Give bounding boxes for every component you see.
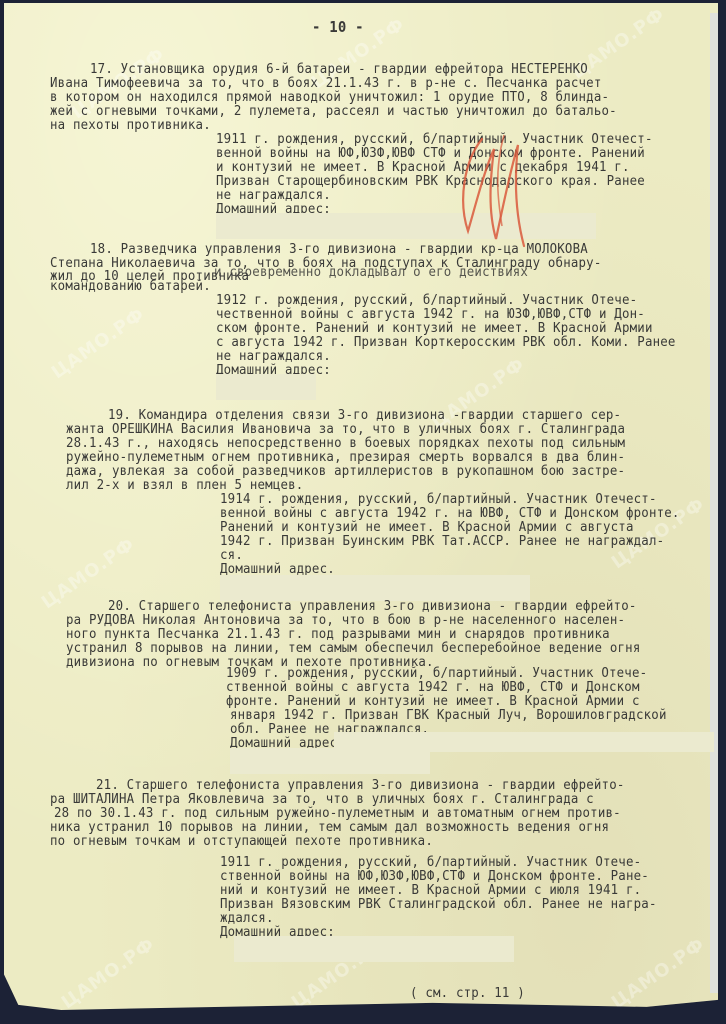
page-edge-strip	[710, 13, 718, 993]
redacted-address	[230, 748, 430, 774]
watermark: ЦАМО.РФ	[48, 304, 149, 384]
award-line: командованию батарей.	[50, 279, 211, 294]
page-number: - 10 -	[312, 21, 364, 36]
watermark: ЦАМО.РФ	[58, 934, 159, 1014]
redacted-address	[216, 213, 596, 239]
award-line: на пехоты противника.	[50, 118, 211, 133]
overtype-line: и своевременно докладывал о его действия…	[214, 265, 528, 280]
award-line: по огневым точкам и отступающей пехоте п…	[50, 834, 433, 849]
watermark: ЦАМО.РФ	[608, 934, 709, 1014]
continued-note: ( см. стр. 11 )	[410, 986, 525, 1001]
bio-line: Призван Вязовским РВК Сталинградской обл…	[220, 897, 657, 912]
document-page: ЦАМО.РФ ЦАМО.РФ ЦАМО.РФ ЦАМО.РФ ЦАМО.РФ …	[4, 3, 718, 1015]
bio-line: 1942 г. Призван Буинским РВК Тат.АССР. Р…	[220, 534, 664, 549]
redacted-address	[234, 936, 514, 962]
redacted-address	[216, 374, 316, 400]
